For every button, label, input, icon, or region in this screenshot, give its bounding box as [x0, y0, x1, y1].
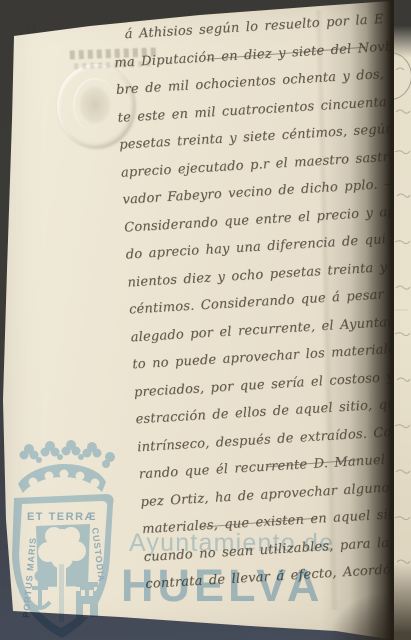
ink-flourish-mark: [24, 22, 40, 36]
handwritten-text-block: á Athisios según lo resuelto por la E ma…: [112, 4, 411, 599]
embossed-seal-portrait: [73, 78, 117, 132]
scanned-document: á Athisios según lo resuelto por la E ma…: [0, 0, 411, 640]
adjacent-page-edge: [394, 0, 411, 640]
